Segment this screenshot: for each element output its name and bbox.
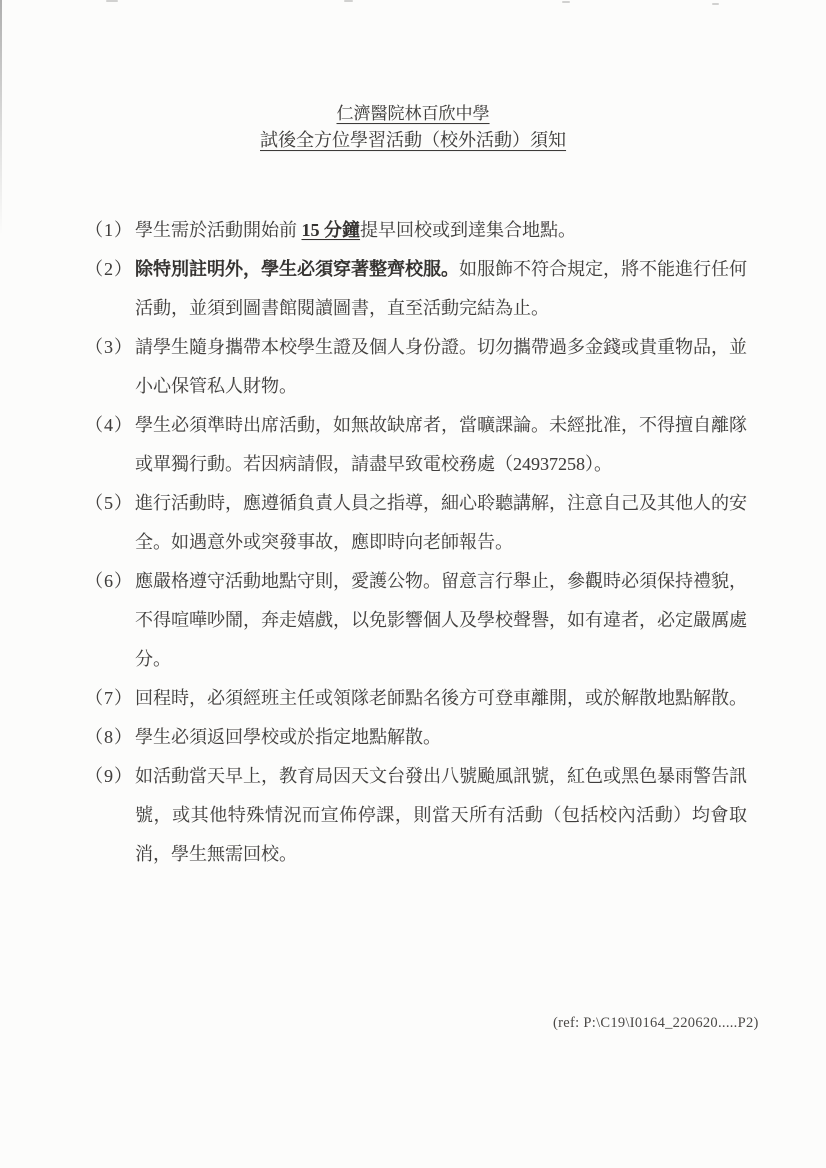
item-number: （7） [85, 679, 135, 718]
item-number: （1） [85, 211, 135, 250]
notice-item: （4）學生必須準時出席活動，如無故缺席者，當曠課論。未經批准，不得擅自離隊或單獨… [85, 406, 826, 484]
scan-speck [106, 0, 118, 2]
text-segment: 15 分鐘 [302, 220, 361, 240]
document-title-text: 仁濟醫院林百欣中學 [337, 104, 490, 123]
text-segment: 學生需於活動開始前 [135, 220, 302, 240]
item-number: （3） [85, 328, 135, 406]
text-segment: 應嚴格遵守活動地點守則，愛護公物。留意言行舉止，參觀時必須保持禮貌，不得喧嘩吵鬧… [135, 571, 747, 669]
text-segment: 學生必須準時出席活動，如無故缺席者，當曠課論。未經批准，不得擅自離隊或單獨行動。… [135, 415, 747, 474]
scan-speck [712, 3, 719, 5]
item-number: （9） [85, 757, 135, 874]
text-segment: 請學生隨身攜帶本校學生證及個人身份證。切勿攜帶過多金錢或貴重物品，並小心保管私人… [135, 337, 747, 396]
document-subtitle-text: 試後全方位學習活動（校外活動）須知 [260, 130, 566, 150]
item-number: （5） [85, 484, 135, 562]
notice-item: （6）應嚴格遵守活動地點守則，愛護公物。留意言行舉止，參觀時必須保持禮貌，不得喧… [85, 562, 826, 679]
notice-item: （3）請學生隨身攜帶本校學生證及個人身份證。切勿攜帶過多金錢或貴重物品，並小心保… [85, 328, 826, 406]
item-text: 應嚴格遵守活動地點守則，愛護公物。留意言行舉止，參觀時必須保持禮貌，不得喧嘩吵鬧… [135, 562, 747, 679]
document-title: 仁濟醫院林百欣中學 [0, 0, 826, 127]
item-text: 請學生隨身攜帶本校學生證及個人身份證。切勿攜帶過多金錢或貴重物品，並小心保管私人… [135, 328, 747, 406]
notice-item: （8）學生必須返回學校或於指定地點解散。 [85, 718, 826, 757]
item-text: 學生必須準時出席活動，如無故缺席者，當曠課論。未經批准，不得擅自離隊或單獨行動。… [135, 406, 747, 484]
item-number: （4） [85, 406, 135, 484]
notice-item: （5）進行活動時，應遵循負責人員之指導，細心聆聽講解，注意自己及其他人的安全。如… [85, 484, 826, 562]
scan-speck [562, 1, 570, 3]
item-text: 進行活動時，應遵循負責人員之指導，細心聆聽講解，注意自己及其他人的安全。如遇意外… [135, 484, 747, 562]
text-segment: 如活動當天早上，教育局因天文台發出八號颱風訊號，紅色或黑色暴雨警告訊號，或其他特… [135, 766, 747, 864]
item-text: 如活動當天早上，教育局因天文台發出八號颱風訊號，紅色或黑色暴雨警告訊號，或其他特… [135, 757, 747, 874]
text-segment: 提早回校或到達集合地點。 [360, 220, 576, 240]
text-segment: 除特別註明外，學生必須穿著整齊校服。 [135, 259, 459, 279]
scan-speck [344, 0, 353, 2]
reference-note: (ref: P:\C19\I0164_220620.....P2) [553, 1015, 759, 1032]
item-text: 除特別註明外，學生必須穿著整齊校服。如服飾不符合規定，將不能進行任何活動，並須到… [135, 250, 747, 328]
scanned-notice-page: 仁濟醫院林百欣中學 試後全方位學習活動（校外活動）須知 （1）學生需於活動開始前… [0, 0, 826, 1168]
notice-item: （9）如活動當天早上，教育局因天文台發出八號颱風訊號，紅色或黑色暴雨警告訊號，或… [85, 757, 826, 874]
item-number: （2） [85, 250, 135, 328]
item-text: 學生需於活動開始前 15 分鐘提早回校或到達集合地點。 [135, 211, 747, 250]
item-text: 學生必須返回學校或於指定地點解散。 [135, 718, 747, 757]
text-segment: 進行活動時，應遵循負責人員之指導，細心聆聽講解，注意自己及其他人的安全。如遇意外… [135, 493, 747, 552]
notice-list: （1）學生需於活動開始前 15 分鐘提早回校或到達集合地點。（2）除特別註明外，… [0, 211, 826, 874]
text-segment: 學生必須返回學校或於指定地點解散。 [135, 727, 441, 747]
scan-artifact-left-edge [0, 0, 2, 235]
item-number: （6） [85, 562, 135, 679]
notice-item: （2）除特別註明外，學生必須穿著整齊校服。如服飾不符合規定，將不能進行任何活動，… [85, 250, 826, 328]
item-text: 回程時，必須經班主任或領隊老師點名後方可登車離開，或於解散地點解散。 [135, 679, 747, 718]
text-segment: 回程時，必須經班主任或領隊老師點名後方可登車離開，或於解散地點解散。 [135, 688, 747, 708]
notice-item: （1）學生需於活動開始前 15 分鐘提早回校或到達集合地點。 [85, 211, 826, 250]
document-subtitle: 試後全方位學習活動（校外活動）須知 [0, 127, 826, 154]
item-number: （8） [85, 718, 135, 757]
notice-item: （7）回程時，必須經班主任或領隊老師點名後方可登車離開，或於解散地點解散。 [85, 679, 826, 718]
